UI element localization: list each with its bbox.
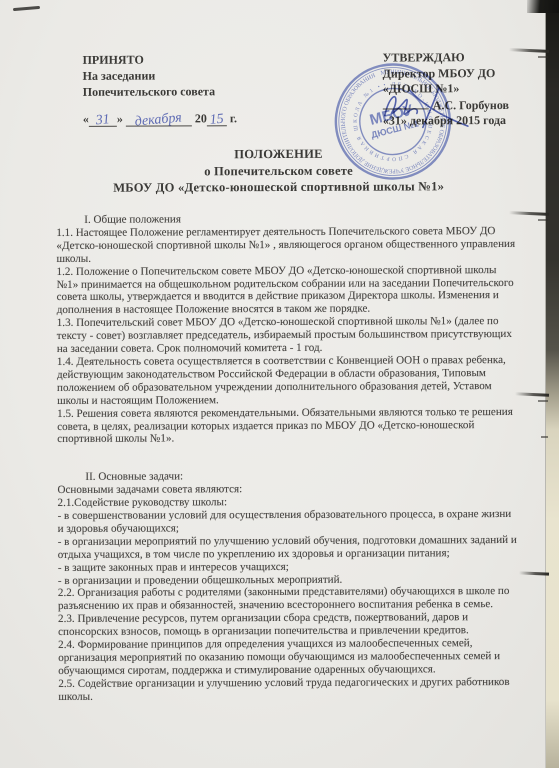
scan-binding-submark — [538, 56, 548, 58]
handwritten-year: 15 — [209, 112, 224, 129]
date-month-blank: декабря — [126, 112, 192, 126]
title-line-3: МБОУ ДО «Детско-юношеской спортивной шко… — [0, 178, 558, 197]
accepted-line-3: Попечительского совета — [83, 83, 237, 100]
approved-line-2: Директор МБОУ ДО — [383, 65, 548, 81]
document-body: I. Общие положения 1.1. Настоящее Положе… — [56, 212, 520, 704]
handwritten-day: 31 — [95, 112, 110, 129]
paragraph: 2.4. Формирование принципов для определе… — [58, 637, 520, 678]
approved-label: УТВЕРЖДАЮ — [383, 50, 548, 66]
year-prefix: 20 — [195, 111, 207, 125]
accepted-block: ПРИНЯТО На заседании Попечительского сов… — [83, 51, 237, 127]
year-suffix: г. — [230, 111, 237, 125]
signer-name: А.С. Горбунов — [433, 97, 509, 111]
paragraph: 1.1. Настоящее Положение регламентирует … — [56, 225, 518, 266]
paragraph: 2.3. Привлечение ресурсов, путем организ… — [58, 611, 520, 639]
quote-close: » — [117, 112, 123, 126]
accepted-label: ПРИНЯТО — [83, 51, 237, 68]
paragraph: 2.2. Организация работы с родителями (за… — [58, 585, 520, 613]
paragraph: 1.2. Положение о Попечительском совете М… — [56, 264, 518, 318]
scanner-edge-band — [546, 0, 559, 768]
paragraph: - в совершенствовании условий для осущес… — [58, 508, 520, 536]
paragraph: 1.5. Решения совета являются рекомендате… — [57, 406, 519, 447]
paragraph: 2.5. Содействие организации и улучшению … — [58, 676, 520, 704]
paragraph: 1.4. Деятельность совета осуществляется … — [57, 354, 519, 408]
page-content: ПРИНЯТО На заседании Попечительского сов… — [0, 0, 559, 768]
section-2-paragraphs: Основными задачами совета являются:2.1.С… — [57, 482, 520, 703]
date-day-blank: 31 — [89, 113, 117, 127]
section-1-paragraphs: 1.1. Настоящее Положение регламентирует … — [56, 225, 519, 446]
approved-date: «31» декабря 2015 года — [383, 113, 548, 129]
scan-binding-submark — [538, 400, 548, 402]
scan-binding-submark — [538, 219, 548, 221]
paragraph: 1.3. Попечительский совет МБОУ ДО «Детск… — [57, 315, 519, 356]
scan-corner-shadow — [527, 0, 559, 13]
approved-block: УТВЕРЖДАЮ Директор МБОУ ДО «ДЮСШ №1» А.С… — [383, 50, 548, 129]
accepted-line-2: На заседании — [83, 67, 237, 84]
accepted-date-line: «31» декабря 2015 г. — [83, 110, 237, 127]
paragraph: - в организации мероприятий по улучшению… — [58, 534, 520, 562]
handwritten-month: декабря — [135, 110, 183, 130]
approved-line-3: «ДЮСШ №1» — [383, 81, 548, 97]
signature-line — [383, 97, 429, 109]
document-page: ПРИНЯТО На заседании Попечительского сов… — [0, 0, 559, 768]
date-year-blank: 15 — [207, 112, 227, 126]
scan-binding-submark — [541, 436, 548, 438]
document-title: ПОЛОЖЕНИЕ о Попечительском совете МБОУ Д… — [0, 145, 558, 197]
signature-row: А.С. Горбунов — [383, 96, 548, 113]
